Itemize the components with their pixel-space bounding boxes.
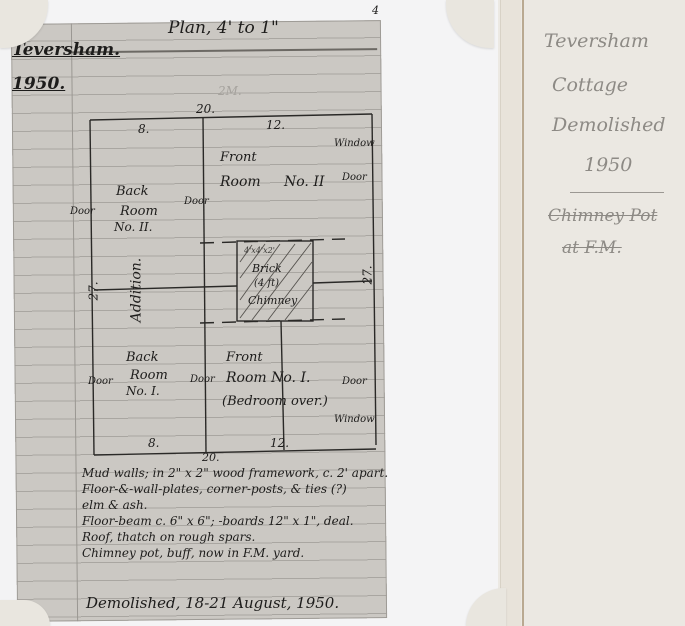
front-room-2-label-3: No. II	[284, 174, 324, 190]
chimney-label-1: Brick	[252, 262, 282, 275]
chimney-label-2: (4 ft)	[254, 278, 279, 289]
dim-front-top: 12.	[266, 118, 285, 132]
dim-depth-left: 27.	[87, 281, 101, 300]
plan-title: Plan, 4' to 1"	[168, 18, 279, 38]
dim-back-top: 8.	[138, 122, 149, 136]
dim-front-bottom: 12.	[270, 436, 289, 450]
mount-caption-line-1: Teversham	[544, 30, 649, 52]
year: 1950.	[12, 74, 65, 94]
note-line-5: Roof, thatch on rough spars.	[82, 530, 255, 544]
back-room-2-label-3: No. II.	[114, 220, 152, 234]
back-room-1-label-1: Back	[126, 350, 158, 365]
door-label-back-2-mid: Door	[184, 196, 209, 207]
back-room-1-label-2: Room	[130, 368, 168, 383]
note-line-2: Floor-&-wall-plates, corner-posts, & tie…	[82, 482, 347, 496]
front-room-1-label-1: Front	[226, 350, 263, 365]
chimney-label-3: Chimney	[248, 294, 297, 307]
window-label-front-2: Window	[334, 138, 375, 149]
back-room-2-label-2: Room	[120, 204, 158, 219]
door-label-front-1: Door	[342, 376, 367, 387]
dim-width-bottom: 20.	[202, 451, 220, 464]
mount-caption-line-4: 1950	[584, 154, 632, 176]
door-label-front-2: Door	[342, 172, 367, 183]
addition-label: Addition.	[128, 258, 144, 323]
note-line-6: Chimney pot, buff, now in F.M. yard.	[82, 546, 304, 560]
back-room-2-label-1: Back	[116, 184, 148, 199]
front-room-2-label-1: Front	[220, 150, 257, 165]
front-room-1-label-2: Room No. I.	[226, 370, 310, 386]
dim-back-bottom: 8.	[148, 436, 159, 450]
note-line-3: elm & ash.	[82, 498, 147, 512]
front-room-1-label-3: (Bedroom over.)	[222, 394, 328, 409]
mount-caption-rule	[570, 192, 664, 193]
note-line-1: Mud walls; in 2" x 2" wood framework, c.…	[82, 466, 388, 480]
mount-caption-line-2: Cottage	[552, 74, 628, 96]
demolished-note: Demolished, 18-21 August, 1950.	[86, 594, 339, 612]
faint-pencil-note: 2M.	[218, 84, 242, 98]
mount-caption-struck-1: Chimney Pot	[548, 206, 657, 226]
front-room-2-label-2: Room	[220, 174, 261, 190]
mount-caption-line-3: Demolished	[552, 114, 665, 136]
mount-edge	[500, 0, 521, 626]
door-label-back-1-left: Door	[88, 376, 113, 387]
back-room-1-label-3: No. I.	[126, 384, 160, 398]
door-label-back-1-mid: Door	[190, 374, 215, 385]
dim-width-top: 20.	[196, 102, 215, 116]
mount-caption-struck-2: at F.M.	[562, 238, 622, 258]
album-page: Teversham. 1950. Plan, 4' to 1" 4 2M. 20…	[0, 0, 685, 626]
chimney-size: 4'x4'x2'	[244, 246, 275, 255]
window-label-front-1: Window	[334, 414, 375, 425]
note-line-4: Floor-beam c. 6" x 6"; -boards 12" x 1",…	[82, 514, 354, 528]
page-number: 4	[372, 4, 379, 17]
dim-depth-right: 27.	[361, 265, 375, 284]
place-name: Teversham.	[12, 40, 120, 60]
ruled-margin-line	[71, 23, 78, 621]
door-label-back-2-left: Door	[70, 206, 95, 217]
